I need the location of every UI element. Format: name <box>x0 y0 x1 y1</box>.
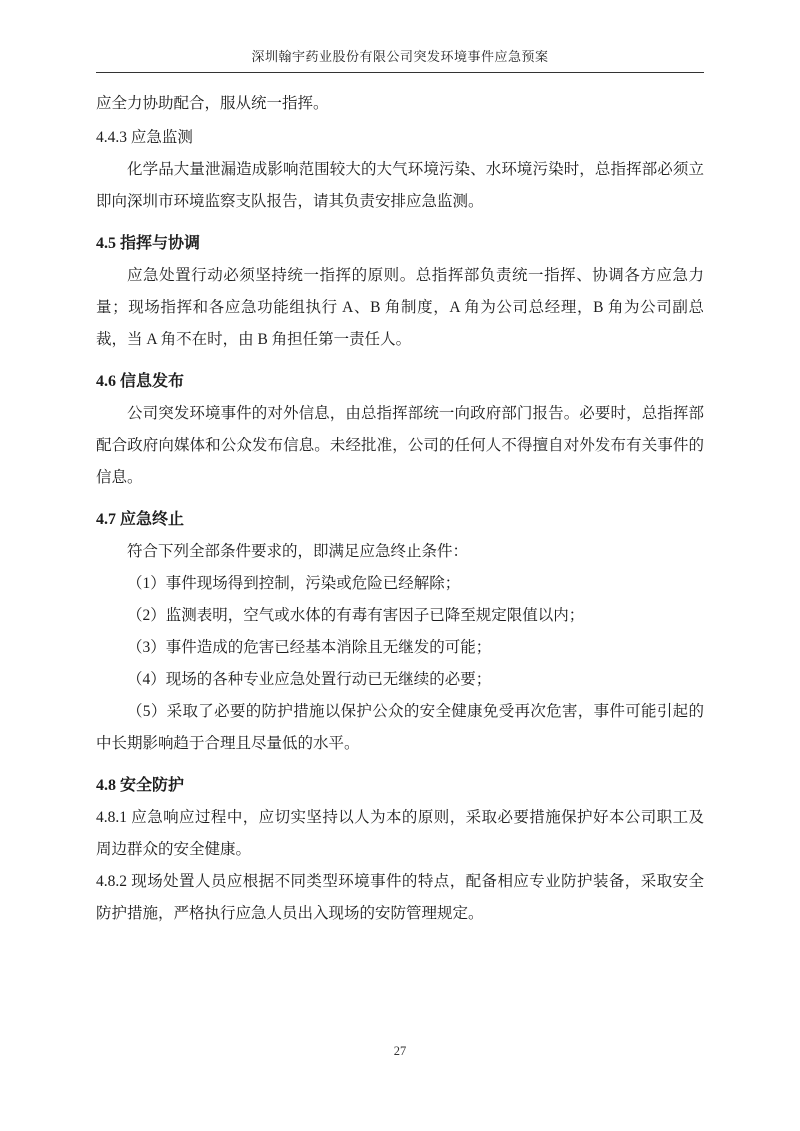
paragraph: 化学品大量泄漏造成影响范围较大的大气环境污染、水环境污染时，总指挥部必须立即向深… <box>96 154 704 218</box>
paragraph: 符合下列全部条件要求的，即满足应急终止条件： <box>96 536 704 568</box>
paragraph: （2）监测表明，空气或水体的有毒有害因子已降至规定限值以内； <box>96 600 704 632</box>
paragraph: 4.8.1 应急响应过程中，应切实坚持以人为本的原则，采取必要措施保护好本公司职… <box>96 802 704 866</box>
document-page: 深圳翰宇药业股份有限公司突发环境事件应急预案 应全力协助配合，服从统一指挥。4.… <box>0 0 800 1131</box>
paragraph: （4）现场的各种专业应急处置行动已无继续的必要； <box>96 664 704 696</box>
sub-section-heading: 4.4.3 应急监测 <box>96 122 704 154</box>
paragraph: 公司突发环境事件的对外信息，由总指挥部统一向政府部门报告。必要时，总指挥部配合政… <box>96 398 704 494</box>
paragraph: （3）事件造成的危害已经基本消除且无继发的可能； <box>96 632 704 664</box>
paragraph: 应全力协助配合，服从统一指挥。 <box>96 88 704 120</box>
page-number: 27 <box>394 1044 407 1058</box>
page-footer: 27 <box>0 1044 800 1059</box>
header-title: 深圳翰宇药业股份有限公司突发环境事件应急预案 <box>251 49 548 64</box>
section-heading: 4.7 应急终止 <box>96 504 704 536</box>
section-heading: 4.5 指挥与协调 <box>96 228 704 260</box>
page-header: 深圳翰宇药业股份有限公司突发环境事件应急预案 <box>96 46 704 73</box>
paragraph: 4.8.2 现场处置人员应根据不同类型环境事件的特点，配备相应专业防护装备，采取… <box>96 866 704 930</box>
section-heading: 4.8 安全防护 <box>96 770 704 802</box>
paragraph: （5）采取了必要的防护措施以保护公众的安全健康免受再次危害，事件可能引起的中长期… <box>96 696 704 760</box>
paragraph: 应急处置行动必须坚持统一指挥的原则。总指挥部负责统一指挥、协调各方应急力量；现场… <box>96 260 704 356</box>
document-body: 应全力协助配合，服从统一指挥。4.4.3 应急监测化学品大量泄漏造成影响范围较大… <box>96 88 704 930</box>
paragraph: （1）事件现场得到控制，污染或危险已经解除； <box>96 568 704 600</box>
section-heading: 4.6 信息发布 <box>96 366 704 398</box>
